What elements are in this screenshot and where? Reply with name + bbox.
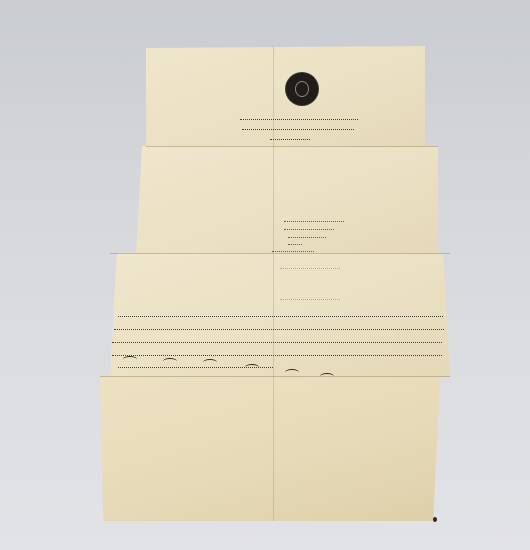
paper-panel-upper-middle — [136, 146, 438, 254]
horizontal-fold-line — [146, 146, 438, 147]
seal-emblem — [295, 81, 309, 97]
document-photo: Ottoman-era handwritten document on aged… — [0, 0, 530, 550]
paper-panel-top — [146, 46, 425, 147]
faint-stamp-impression — [280, 268, 340, 300]
paper-panel-bottom — [100, 376, 440, 521]
ink-blot — [433, 517, 437, 522]
tughra-seal-icon — [286, 73, 318, 105]
horizontal-fold-line — [100, 376, 450, 377]
horizontal-fold-line — [110, 253, 450, 254]
